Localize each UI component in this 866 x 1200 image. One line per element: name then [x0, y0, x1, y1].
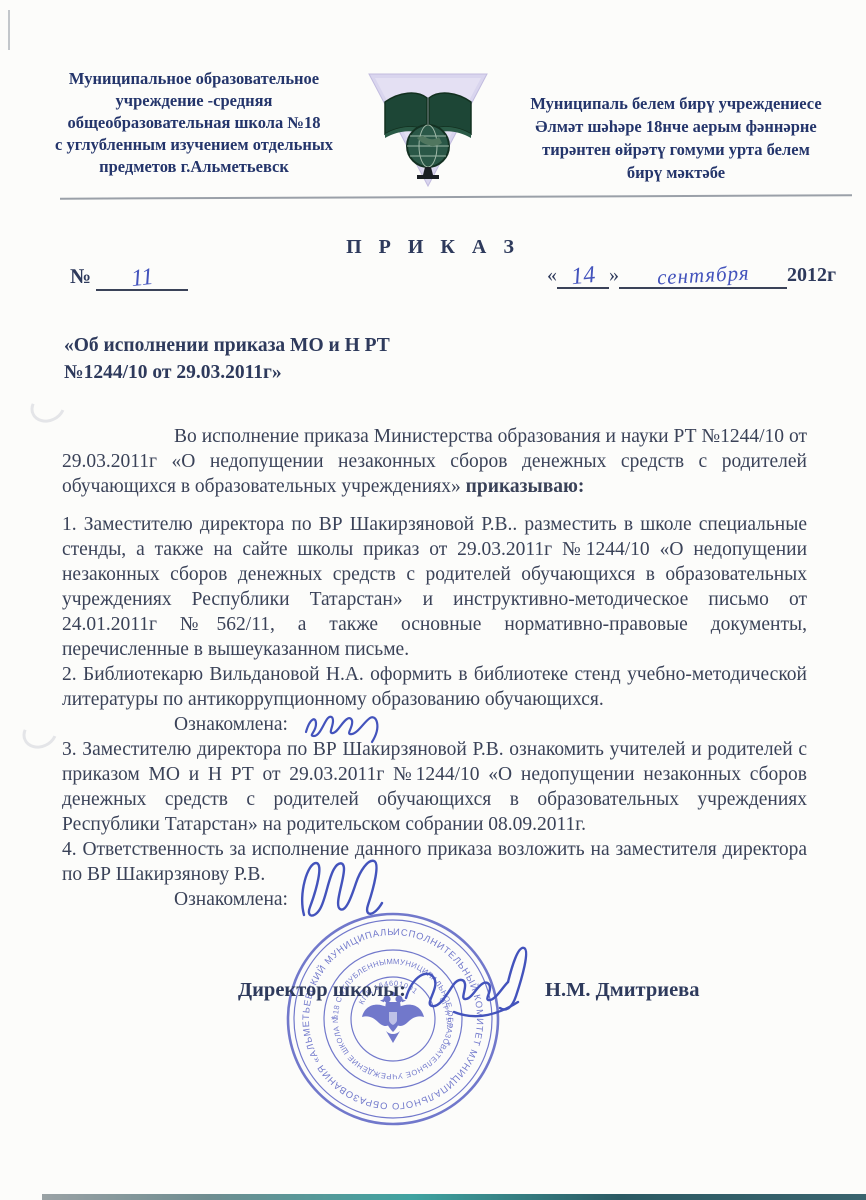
letterhead: Муниципальное образовательное учреждение… [26, 68, 854, 192]
director-label: Директор школы: [238, 979, 406, 1002]
date-month-blank: сентября [619, 264, 787, 289]
director-handwritten-signature-icon [398, 938, 538, 1026]
director-name: Н.М. Дмитриева [545, 979, 700, 1002]
order-item-4: 4. Ответственность за исполнение данного… [62, 837, 807, 887]
globe-icon [407, 125, 449, 179]
order-date-line: «14»сентября2012г [547, 264, 836, 289]
handwritten-signature-icon [300, 704, 392, 744]
order-item-1: 1. Заместителю директора по ВР Шакирзяно… [62, 512, 807, 662]
order-item-3: 3. Заместителю директора по ВР Шакирзяно… [62, 737, 807, 837]
order-subject: «Об исполнении приказа МО и Н РТ №1244/1… [64, 332, 390, 386]
order-number-label: № [70, 264, 91, 288]
acknowledged-label: Ознакомлена: [174, 714, 288, 735]
org-name-tatar: Муниципаль белем бирү учреждениесе Әлмәт… [494, 68, 854, 192]
header-divider [60, 194, 852, 199]
date-year: 2012г [787, 264, 836, 286]
order-item-2: 2. Библиотекарю Вильдановой Н.А. оформит… [62, 662, 807, 712]
scan-edge-artifact-left [8, 10, 10, 50]
order-title: П Р И К А З [0, 236, 866, 259]
intro-directive: приказываю: [466, 476, 585, 497]
stamp-separator: * [331, 1015, 335, 1026]
intro-text: Во исполнение приказа Министерства образ… [62, 426, 807, 497]
handwritten-month: сентября [656, 263, 749, 288]
scan-edge-artifact-bottom [42, 1194, 866, 1200]
order-number-blank: 11 [96, 264, 188, 291]
hole-punch-mark-top [25, 386, 70, 428]
order-number-line: № 11 [70, 264, 188, 291]
hole-punch-mark-bottom [17, 712, 62, 754]
open-quote: « [547, 264, 557, 286]
handwritten-order-number: 11 [130, 267, 154, 289]
close-quote: » [609, 264, 619, 286]
school-logo [362, 68, 494, 192]
intro-paragraph: Во исполнение приказа Министерства образ… [62, 424, 807, 499]
date-day-blank: 14 [557, 264, 609, 289]
order-body: Во исполнение приказа Министерства образ… [62, 424, 807, 912]
stamp-separator: * [447, 1041, 451, 1052]
acknowledged-label: Ознакомлена: [174, 889, 288, 910]
org-name-russian: Муниципальное образовательное учреждение… [26, 68, 362, 192]
acknowledgement-line-1: Ознакомлена: [62, 712, 807, 737]
book-globe-emblem-icon [365, 68, 491, 192]
scanned-order-document: Муниципальное образовательное учреждение… [0, 0, 866, 1200]
handwritten-day: 14 [570, 265, 596, 287]
